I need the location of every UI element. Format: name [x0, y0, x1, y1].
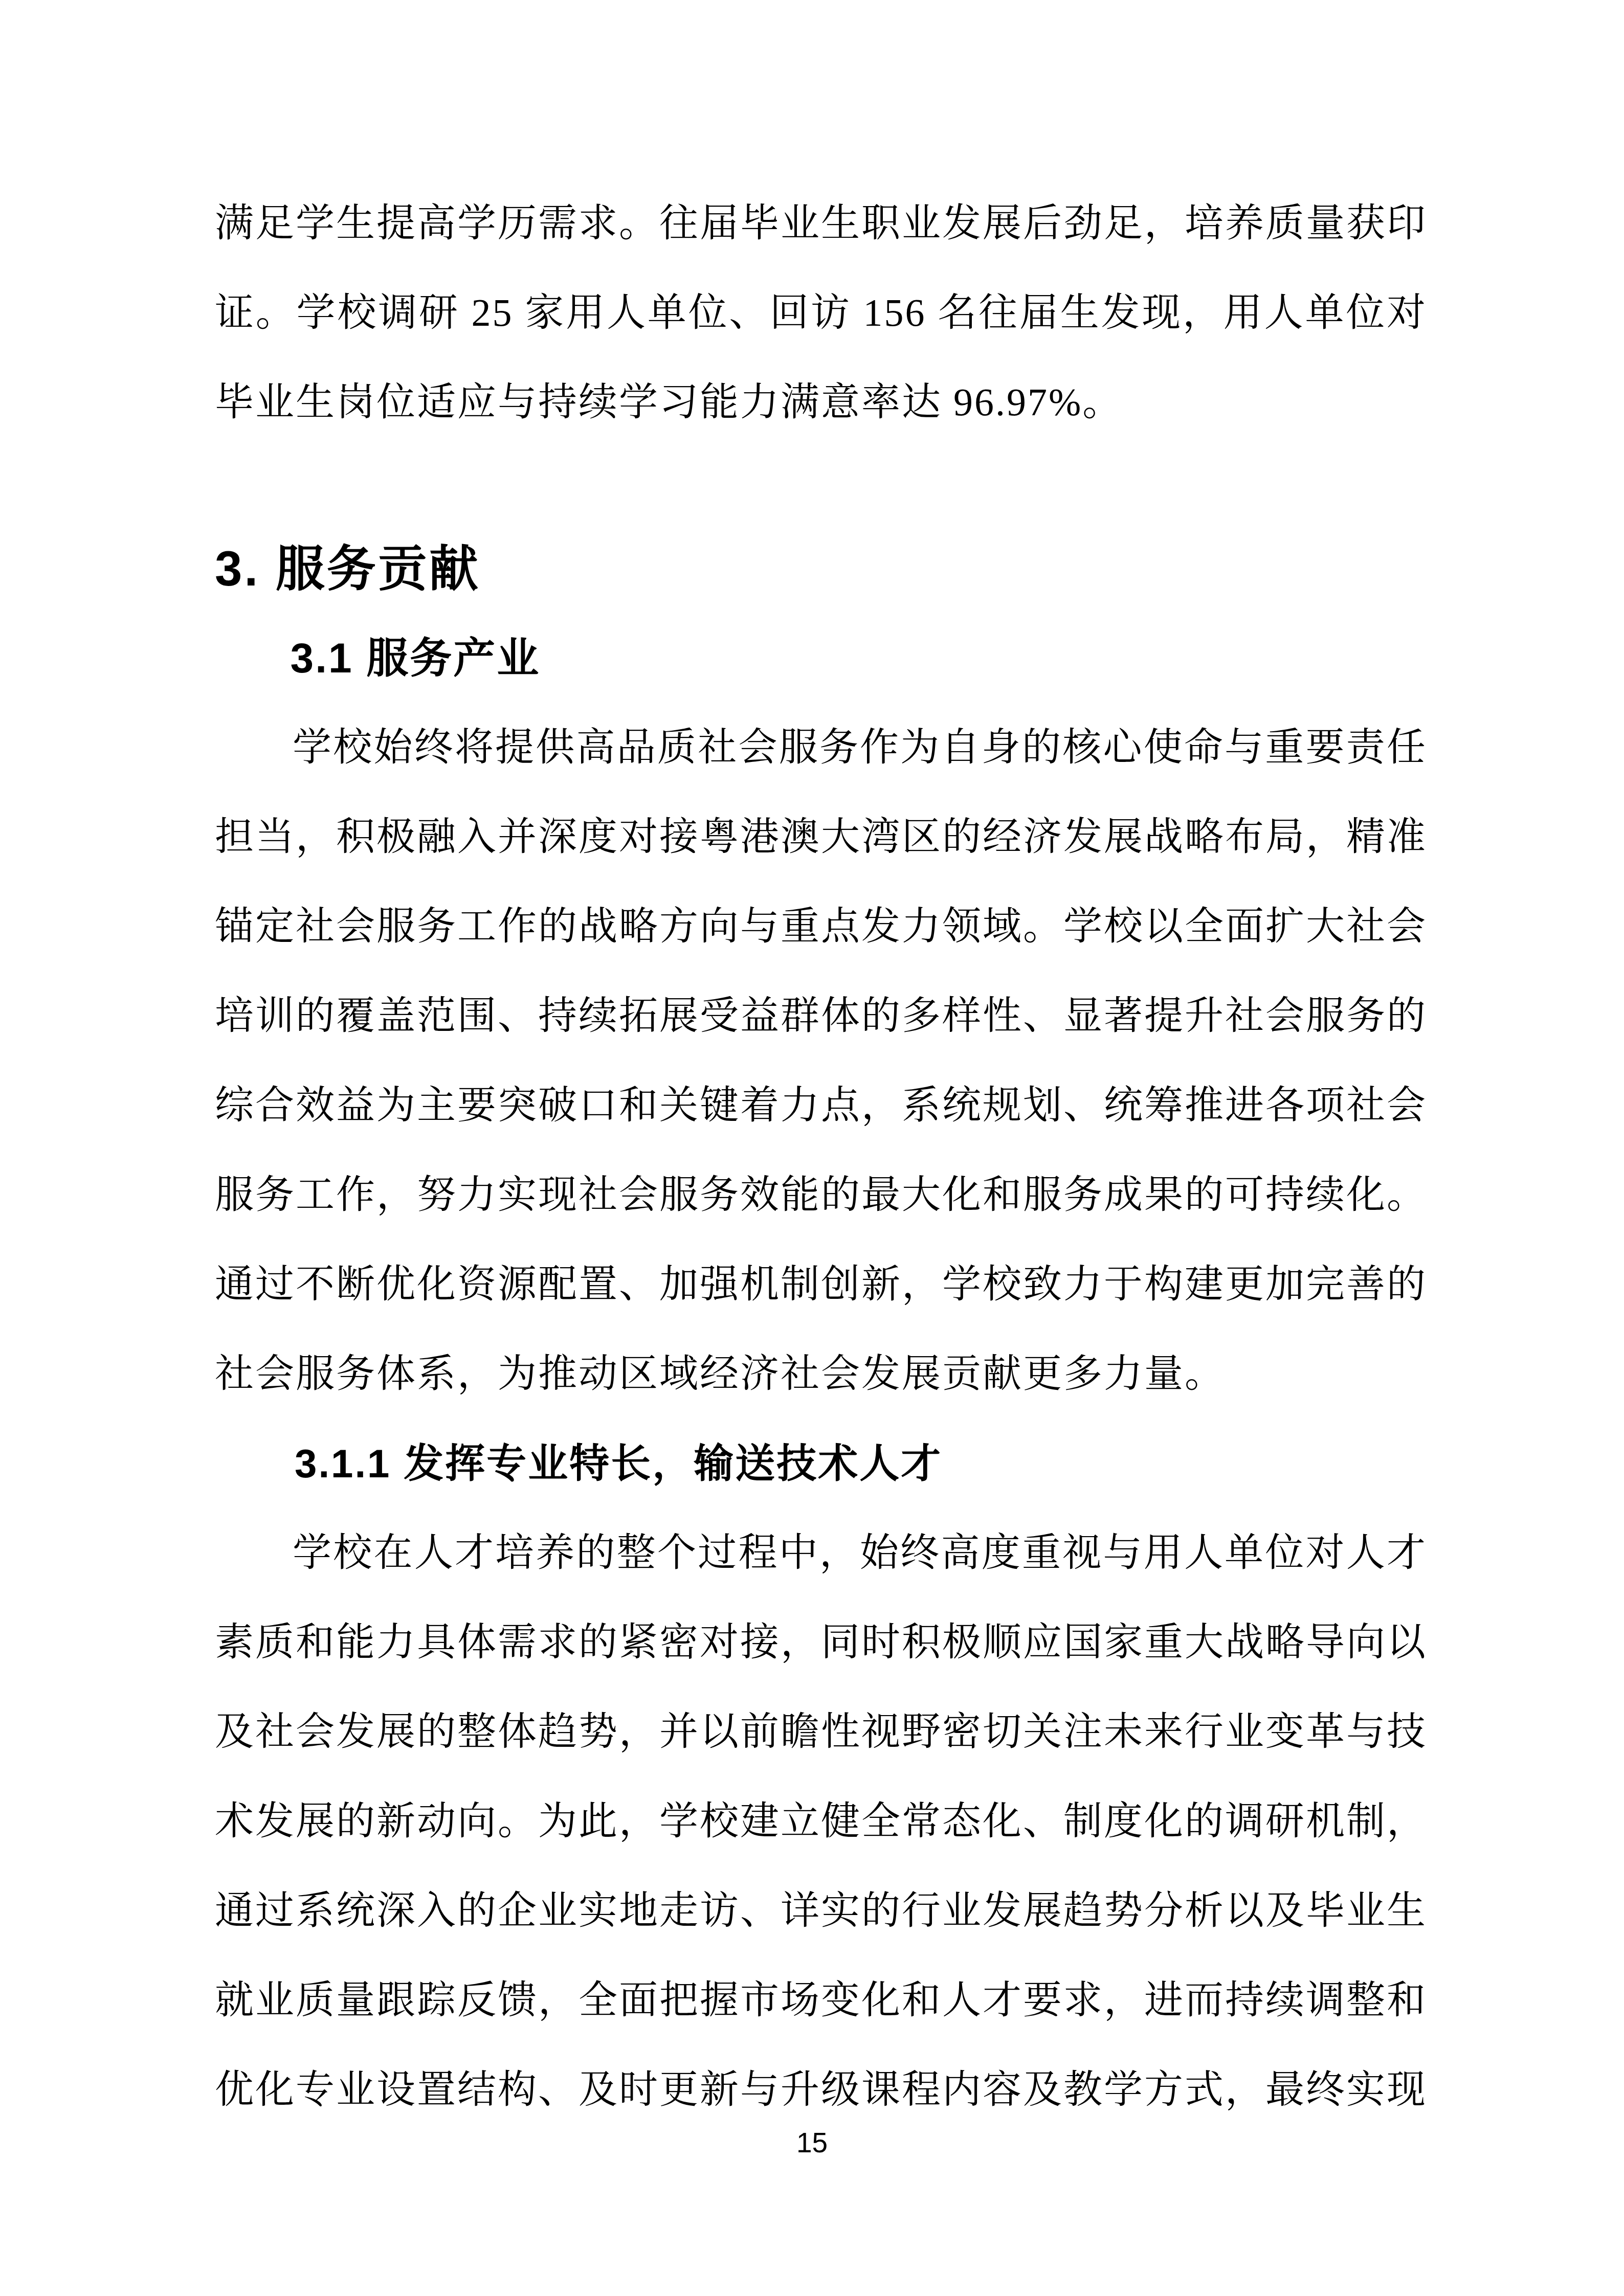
text-line: 社会服务体系，为推动区域经济社会发展贡献更多力量。 — [215, 1330, 1427, 1419]
text-line: 通过系统深入的企业实地走访、详实的行业发展趋势分析以及毕业生 — [215, 1866, 1427, 1956]
section-heading-service-contribution: 3. 服务贡献 — [215, 524, 1427, 614]
text-line: 学校始终将提供高品质社会服务作为自身的核心使命与重要责任 — [215, 703, 1427, 793]
paragraph-serve-industry: 学校始终将提供高品质社会服务作为自身的核心使命与重要责任担当，积极融入并深度对接… — [215, 703, 1427, 1419]
paragraph-talent-supply: 学校在人才培养的整个过程中，始终高度重视与用人单位对人才素质和能力具体需求的紧密… — [215, 1509, 1427, 2135]
subsection-heading-serve-industry: 3.1 服务产业 — [215, 614, 1427, 703]
text-line: 担当，积极融入并深度对接粤港澳大湾区的经济发展战略布局，精准 — [215, 793, 1427, 882]
text-line: 综合效益为主要突破口和关键着力点，系统规划、统筹推进各项社会 — [215, 1061, 1427, 1151]
text-line: 服务工作，努力实现社会服务效能的最大化和服务成果的可持续化。 — [215, 1151, 1427, 1240]
document-page: 满足学生提高学历需求。往届毕业生职业发展后劲足，培养质量获印证。学校调研 25 … — [0, 0, 1624, 2296]
text-line: 满足学生提高学历需求。往届毕业生职业发展后劲足，培养质量获印 — [215, 179, 1427, 268]
text-line: 术发展的新动向。为此，学校建立健全常态化、制度化的调研机制， — [215, 1777, 1427, 1866]
text-line: 毕业生岗位适应与持续学习能力满意率达 96.97%。 — [215, 358, 1427, 447]
text-line: 优化专业设置结构、及时更新与升级课程内容及教学方式，最终实现 — [215, 2045, 1427, 2135]
page-number: 15 — [0, 2127, 1624, 2158]
text-line: 通过不断优化资源配置、加强机制创新，学校致力于构建更加完善的 — [215, 1240, 1427, 1330]
subsubsection-heading-talent-supply: 3.1.1 发挥专业特长，输送技术人才 — [215, 1419, 1427, 1509]
text-line: 培训的覆盖范围、持续拓展受益群体的多样性、显著提升社会服务的 — [215, 972, 1427, 1061]
text-line: 素质和能力具体需求的紧密对接，同时积极顺应国家重大战略导向以 — [215, 1598, 1427, 1687]
text-line: 证。学校调研 25 家用人单位、回访 156 名往届生发现，用人单位对 — [215, 268, 1427, 358]
text-line: 锚定社会服务工作的战略方向与重点发力领域。学校以全面扩大社会 — [215, 882, 1427, 972]
text-line: 就业质量跟踪反馈，全面把握市场变化和人才要求，进而持续调整和 — [215, 1956, 1427, 2045]
paragraph-graduate-quality: 满足学生提高学历需求。往届毕业生职业发展后劲足，培养质量获印证。学校调研 25 … — [215, 179, 1427, 447]
text-line: 学校在人才培养的整个过程中，始终高度重视与用人单位对人才 — [215, 1509, 1427, 1598]
text-line: 及社会发展的整体趋势，并以前瞻性视野密切关注未来行业变革与技 — [215, 1687, 1427, 1777]
